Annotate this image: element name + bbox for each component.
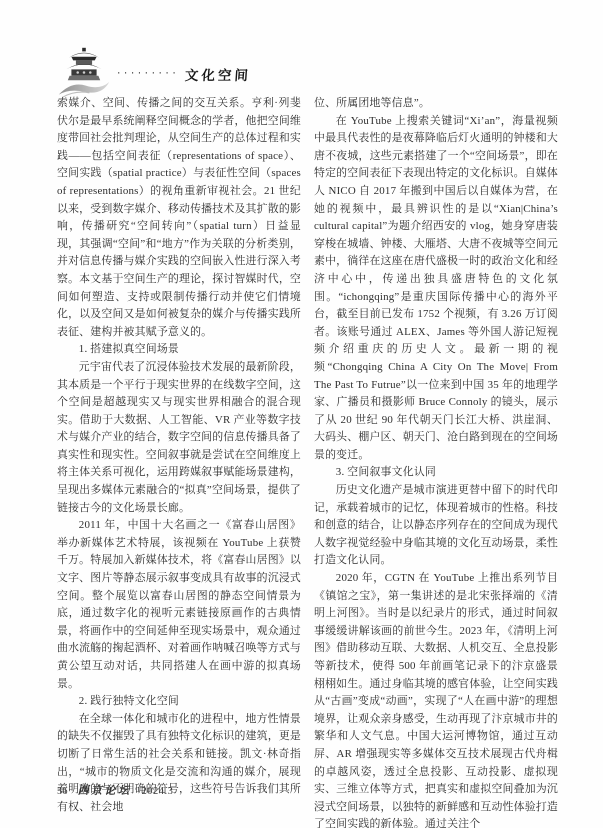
text-column-left: 索媒介、空间、传播之间的交互关系。亨利·列斐伏尔是最早系统阐释空间概念的学者，他… xyxy=(57,95,301,828)
header-dots: ········· xyxy=(116,69,178,79)
paragraph: 元宇宙代表了沉浸体验技术发展的最新阶段，其本质是一个平行于现实世界的在线数字空间… xyxy=(57,359,301,517)
text-column-right: 位、所属团地等信息”。 在 YouTube 上搜索关键词“Xi’an”，海量视频… xyxy=(314,95,558,828)
paragraph: 2011 年，中国十大名画之一《富春山居图》举办新媒体艺术特展，该视频在 You… xyxy=(57,517,301,693)
paragraph-continuation: 位、所属团地等信息”。 xyxy=(314,95,558,113)
paragraph: 历史文化遗产是城市演进更替中留下的时代印记，承载着城市的记忆，体现着城市的性格。… xyxy=(314,482,558,570)
pagoda-logo-icon xyxy=(56,46,112,100)
paragraph: 2020 年，CGTN 在 YouTube 上推出系列节目《镇馆之宝》，第一集讲… xyxy=(314,570,558,828)
section-label: 文化空间 xyxy=(185,64,252,84)
paragraph: 在全球一体化和城市化的进程中，地方性情景的缺失不仅摧毁了具有独特文化标识的建筑，… xyxy=(57,711,301,817)
journal-page: ········· 文化空间 索媒介、空间、传播之间的交互关系。亨利·列斐伏尔是… xyxy=(0,0,603,828)
issue-date: 2024.3 xyxy=(142,786,174,797)
page-footer: 56 西京论坛 2024.3 xyxy=(57,782,173,798)
paragraph: 在 YouTube 上搜索关键词“Xi’an”，海量视频中最具代表性的是夜幕降临… xyxy=(314,113,558,465)
paragraph-continuation: 索媒介、空间、传播之间的交互关系。亨利·列斐伏尔是最早系统阐释空间概念的学者，他… xyxy=(57,95,301,341)
section-heading-2: 2. 践行独特文化空间 xyxy=(57,693,301,711)
page-header: ········· 文化空间 xyxy=(56,46,251,100)
section-heading-1: 1. 搭建拟真空间场景 xyxy=(57,341,301,359)
article-body: 索媒介、空间、传播之间的交互关系。亨利·列斐伏尔是最早系统阐释空间概念的学者，他… xyxy=(57,95,559,828)
section-heading-3: 3. 空间叙事文化认同 xyxy=(314,464,558,482)
journal-name: 西京论坛 xyxy=(78,782,132,798)
page-number: 56 xyxy=(57,786,68,797)
